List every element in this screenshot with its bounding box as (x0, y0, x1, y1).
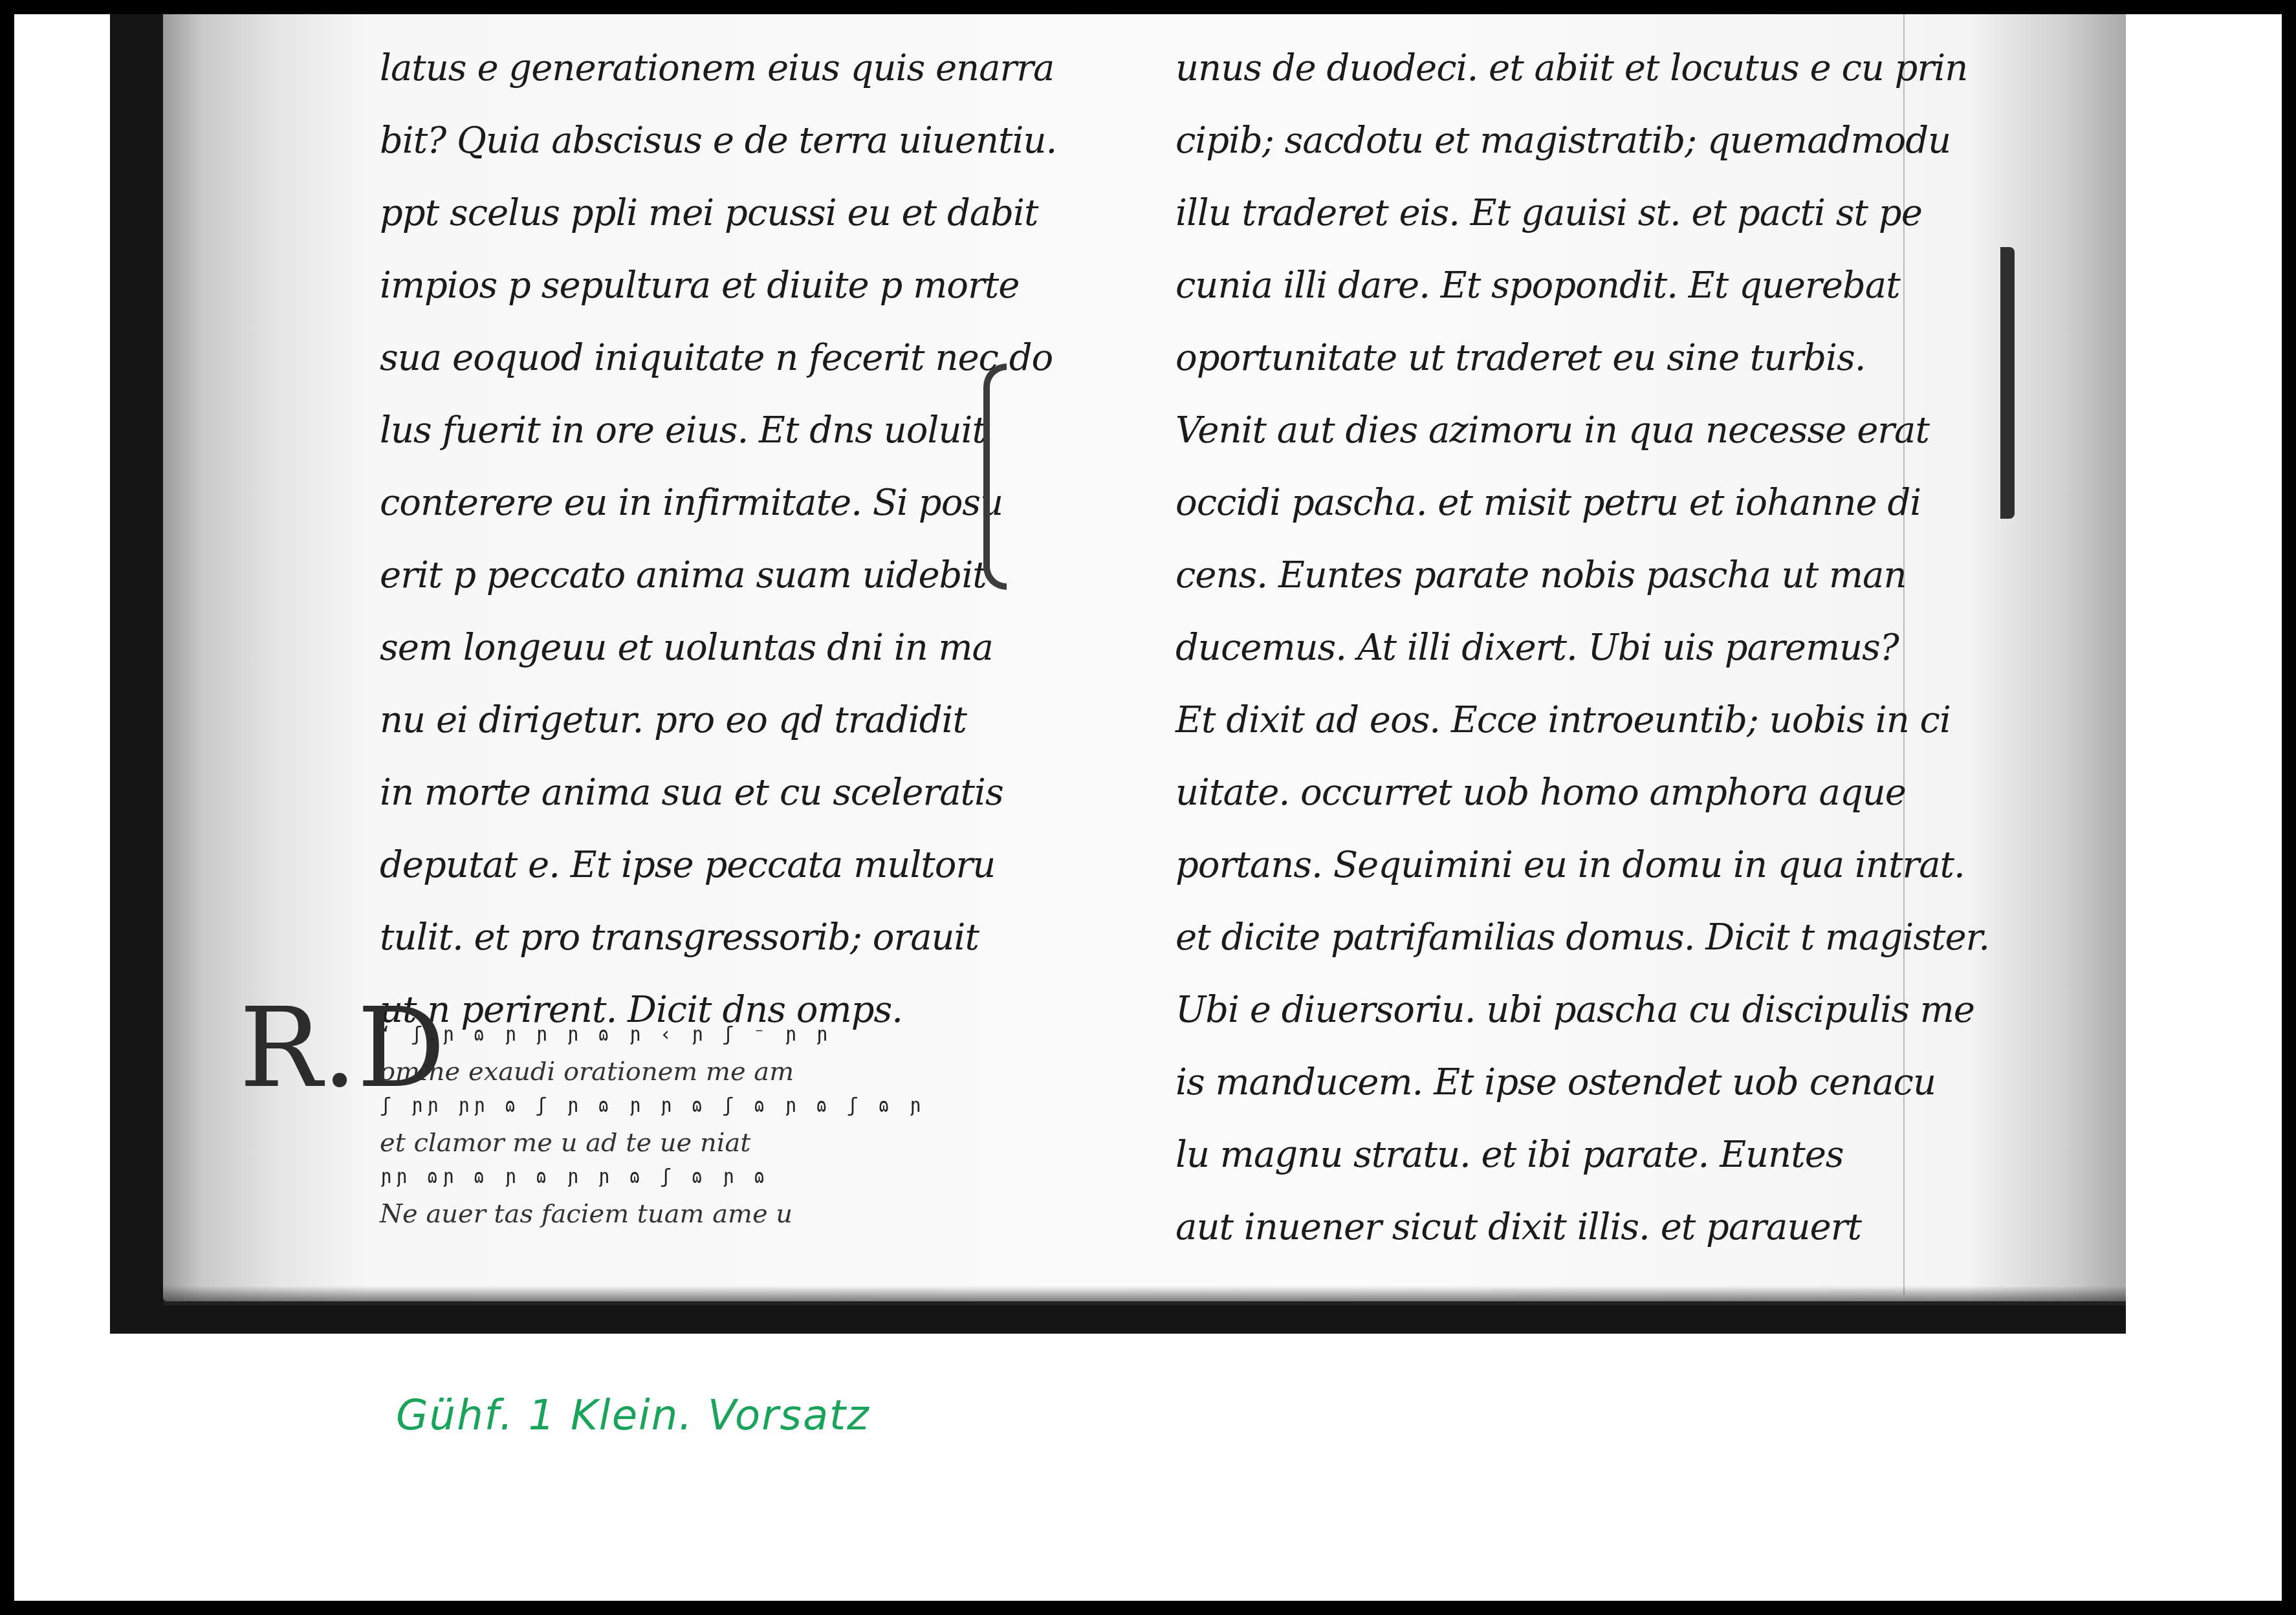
text-line: illu traderet eis. Et gauisi st. et pact… (1175, 177, 1997, 250)
text-line: portans. Sequimini eu in domu in qua int… (1175, 829, 1997, 902)
text-line: cunia illi dare. Et spopondit. Et quereb… (1175, 250, 1997, 322)
text-line: cens. Euntes parate nobis pascha ut man (1175, 539, 1997, 612)
text-line: sua eoquod iniquitate n fecerit nec do (380, 322, 1234, 395)
text-line: lus fuerit in ore eius. Et dns uoluit (380, 395, 1234, 467)
text-line: Venit aut dies azimoru in qua necesse er… (1175, 395, 1997, 467)
chant-text-line: et clamor me u ad te ue niat (380, 1120, 1247, 1165)
neume-line: ɲɲ ɷɲ ɷ ɲ ɷ ɲ ɲ ɷ ʃ ɷ ɲ ɷ (380, 1165, 1247, 1191)
text-line: tulit. et pro transgressorib; orauit (380, 902, 1234, 974)
text-line: cipib; sacdotu et magistratib; quemadmod… (1175, 105, 1997, 177)
text-line: ducemus. At illi dixert. Ubi uis paremus… (1175, 612, 1997, 684)
manuscript-leaf: latus e generationem eius quis enarra bi… (163, 14, 2126, 1301)
text-line: nu ei dirigetur. pro eo qd tradidit (380, 684, 1234, 757)
manuscript-photograph: latus e generationem eius quis enarra bi… (110, 14, 2126, 1334)
text-line: Ubi e diuersoriu. ubi pascha cu discipul… (1175, 974, 1997, 1046)
left-text-column: latus e generationem eius quis enarra bi… (380, 32, 1234, 1046)
chant-notation-block: ‘ ʃ.ɲ ɷ ɲ ɲ ɲ ɷ ɲ ‹ ɲ ʃ ⁻ ɲ ɲ omine exau… (380, 1023, 1247, 1237)
text-line: ppt scelus ppli mei pcussi eu et dabit (380, 177, 1234, 250)
text-line: et dicite patrifamilias domus. Dicit t m… (1175, 902, 1997, 974)
text-line: occidi pascha. et misit petru et iohanne… (1175, 467, 1997, 539)
scan-sheet: latus e generationem eius quis enarra bi… (14, 14, 2282, 1601)
text-line: bit? Quia abscisus e de terra uiuentiu. (380, 105, 1234, 177)
text-line: erit p peccato anima suam uidebit (380, 539, 1234, 612)
text-line: uitate. occurret uob homo amphora aque (1175, 757, 1997, 829)
text-line: deputat e. Et ipse peccata multoru (380, 829, 1234, 902)
text-line: in morte anima sua et cu sceleratis (380, 757, 1234, 829)
text-line: lu magnu stratu. et ibi parate. Euntes (1175, 1119, 1997, 1191)
text-line: unus de duodeci. et abiit et locutus e c… (1175, 32, 1997, 105)
margin-bracket-right (1994, 247, 2015, 519)
text-line: is manducem. Et ipse ostendet uob cenacu (1175, 1046, 1997, 1119)
text-line: oportunitate ut traderet eu sine turbis. (1175, 322, 1997, 395)
chant-text-line: Ne auer tas faciem tuam ame u (380, 1191, 1247, 1237)
text-line: sem longeuu et uoluntas dni in ma (380, 612, 1234, 684)
text-line: conterere eu in infirmitate. Si posu (380, 467, 1234, 539)
neume-line: ʃ ɲɲ ɲɲ ɷ ʃ ɲ ɷ ɲ ɲ ɷ ʃ ɷ ɲ ɷ ʃ ɷ ɲ (380, 1094, 1247, 1120)
right-text-column: unus de duodeci. et abiit et locutus e c… (1175, 32, 1997, 1264)
text-line: latus e generationem eius quis enarra (380, 32, 1234, 105)
handwritten-annotation: Gühf. 1 Klein. Vorsatz (396, 1392, 870, 1440)
text-line: aut inuener sicut dixit illis. et paraue… (1175, 1191, 1997, 1264)
text-line: Et dixit ad eos. Ecce introeuntib; uobis… (1175, 684, 1997, 757)
margin-bracket (983, 363, 1007, 590)
neume-line: ‘ ʃ.ɲ ɷ ɲ ɲ ɲ ɷ ɲ ‹ ɲ ʃ ⁻ ɲ ɲ (380, 1023, 1247, 1049)
chant-text-line: omine exaudi orationem me am (380, 1049, 1247, 1094)
text-line: impios p sepultura et diuite p morte (380, 250, 1234, 322)
